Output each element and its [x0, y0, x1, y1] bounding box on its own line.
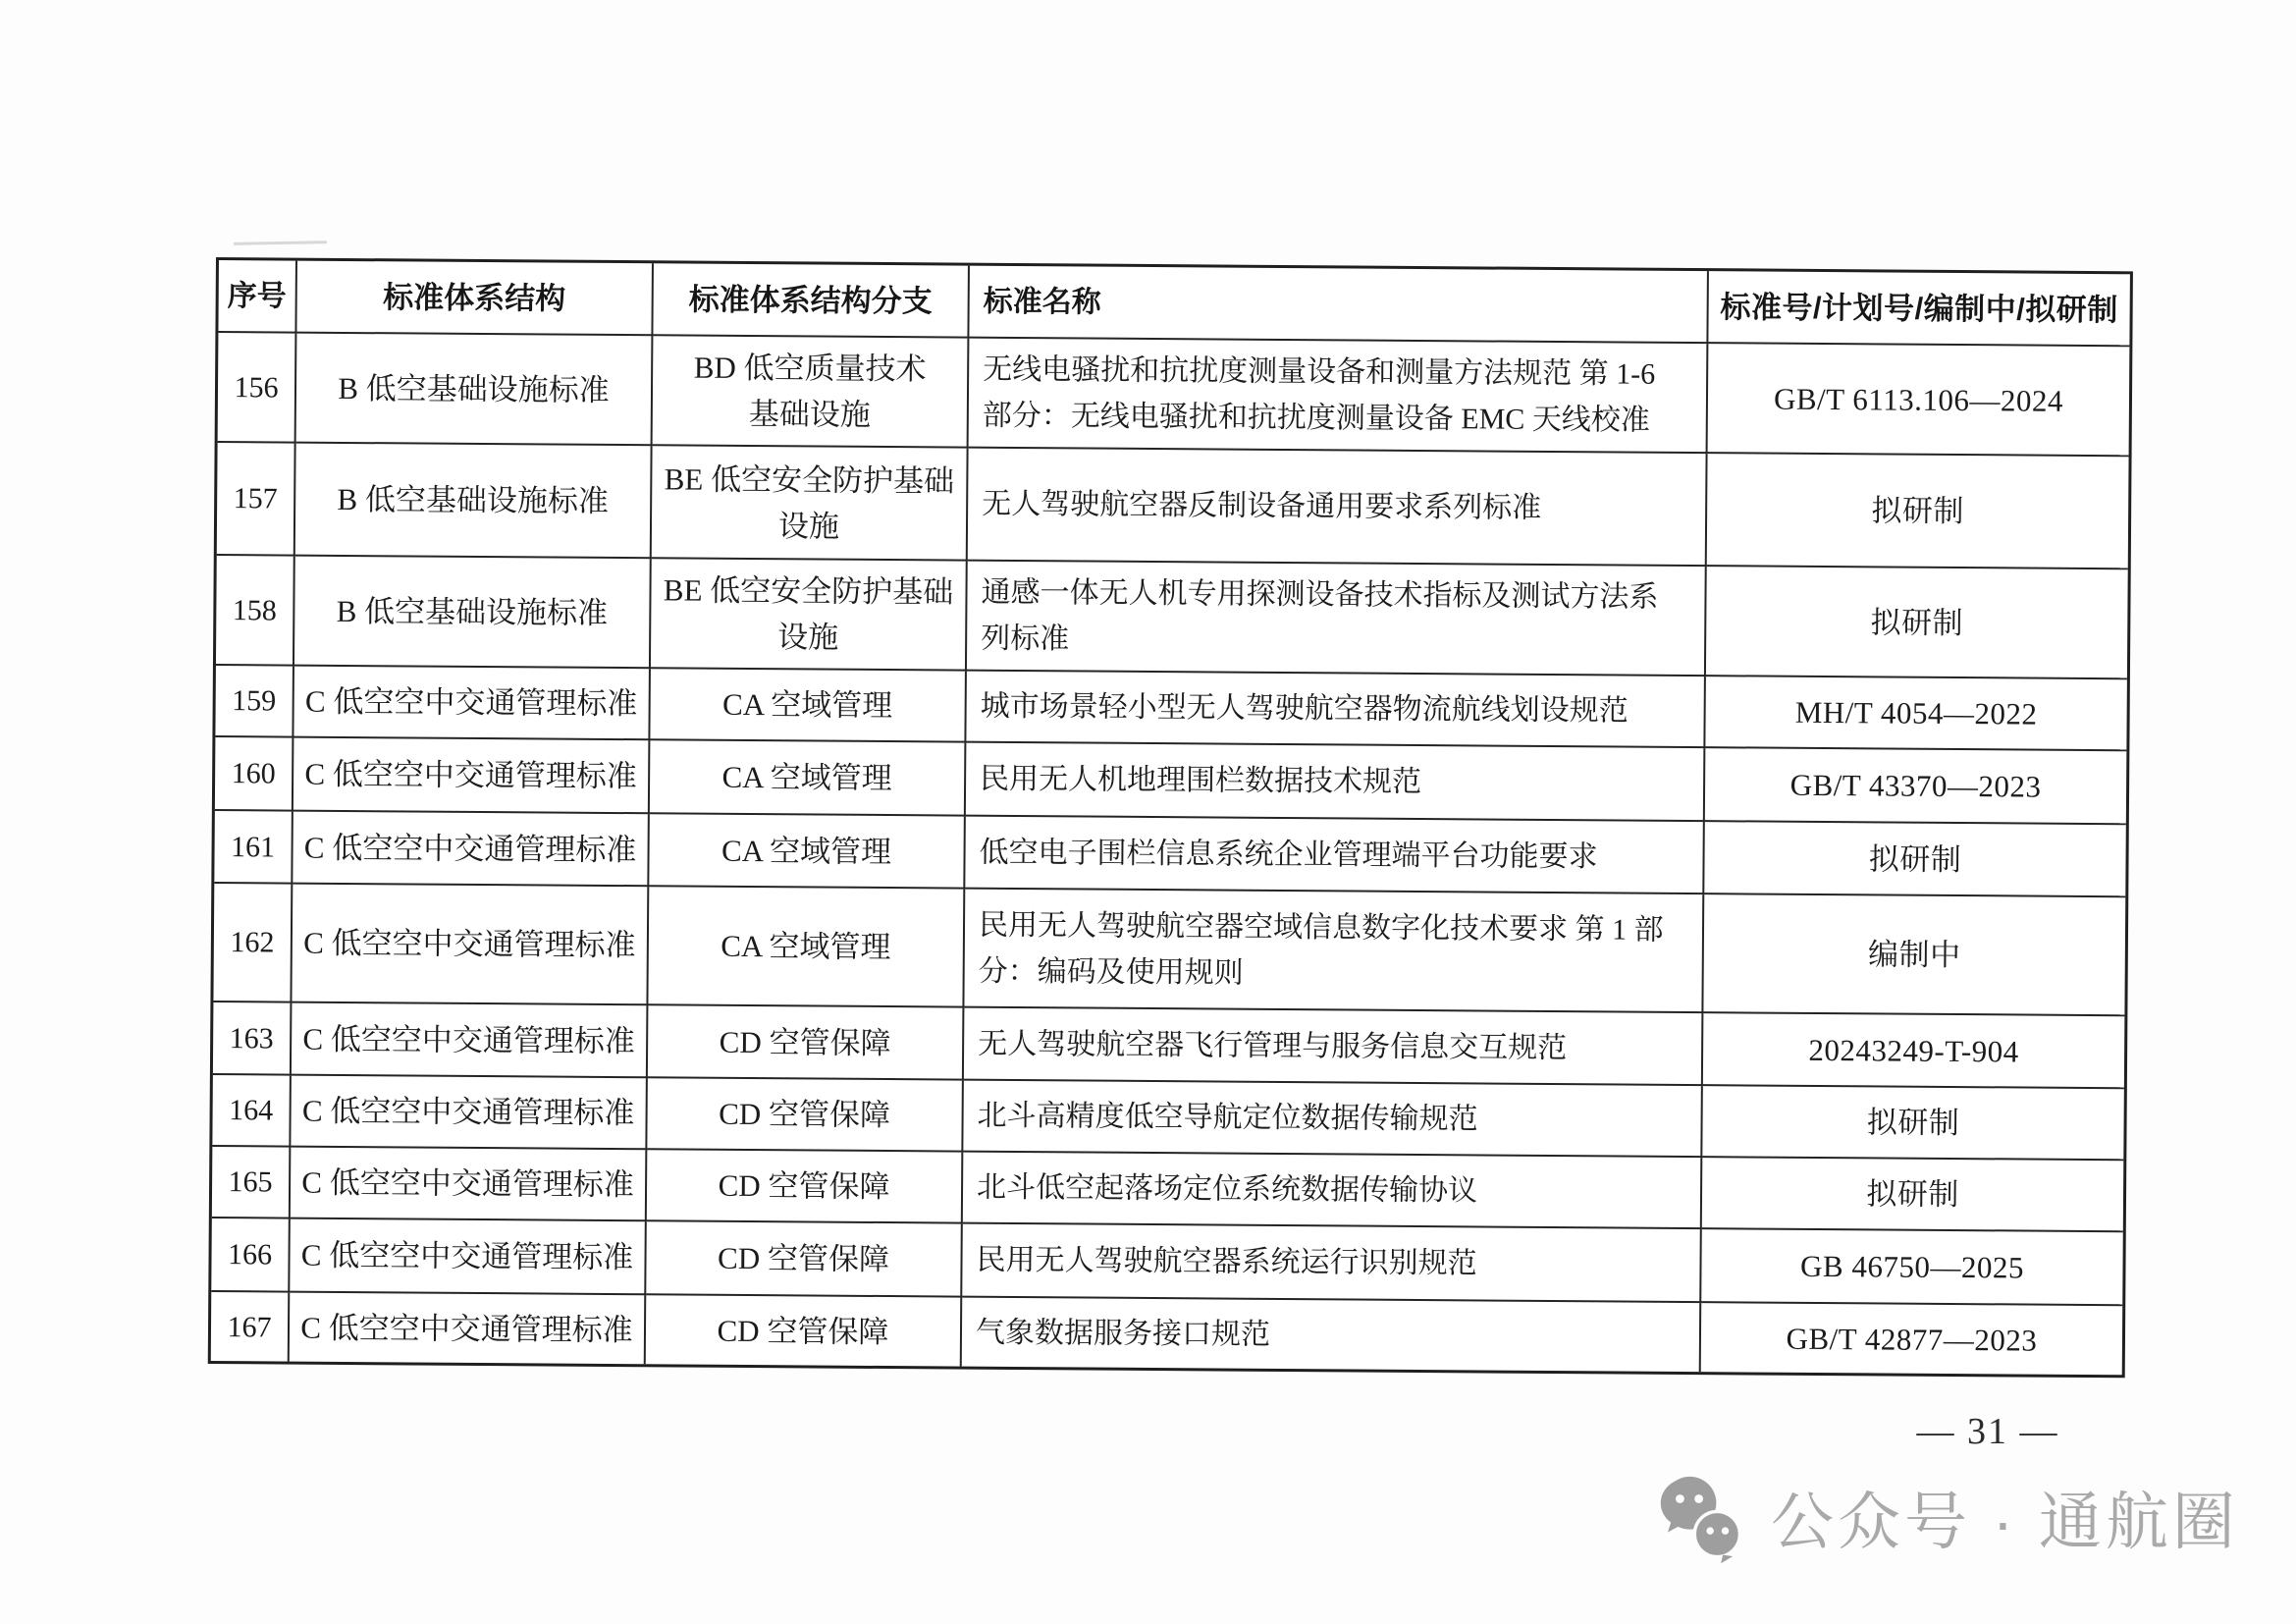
cell-branch: CD 空管保障: [648, 1005, 965, 1080]
cell-serial: 166: [211, 1218, 291, 1293]
cell-serial: 161: [214, 811, 294, 885]
cell-branch: BE 低空安全防护基础 设施: [651, 559, 968, 671]
scanned-document-page: 序号标准体系结构标准体系结构分支标准名称标准号/计划号/编制中/拟研制156B …: [0, 0, 2296, 1624]
cell-branch: CD 空管保障: [646, 1221, 963, 1297]
cell-branch: CD 空管保障: [647, 1078, 964, 1152]
wechat-icon: [1655, 1475, 1749, 1569]
cell-branch: BD 低空质量技术 基础设施: [653, 336, 970, 448]
cell-structure: C 低空空中交通管理标准: [292, 885, 649, 1006]
header-serial: 序号: [218, 260, 297, 334]
cell-structure: C 低空空中交通管理标准: [294, 667, 651, 741]
cell-code: 拟研制: [1702, 1158, 2124, 1232]
watermark: 公众号 · 通航圈: [1655, 1475, 2239, 1569]
standards-table-wrap: 序号标准体系结构标准体系结构分支标准名称标准号/计划号/编制中/拟研制156B …: [208, 257, 2133, 1378]
cell-name: 北斗低空起落场定位系统数据传输协议: [963, 1153, 1703, 1230]
cell-code: 拟研制: [1704, 822, 2126, 897]
cell-name: 北斗高精度低空导航定位数据传输规范: [963, 1081, 1703, 1159]
cell-code: MH/T 4054—2022: [1705, 677, 2127, 751]
cell-code: GB/T 43370—2023: [1705, 748, 2127, 825]
cell-code: 拟研制: [1702, 1086, 2124, 1161]
cell-name: 无人驾驶航空器飞行管理与服务信息交互规范: [964, 1008, 1704, 1087]
cell-name: 民用无人机地理围栏数据技术规范: [966, 743, 1706, 823]
cell-code: 20243249-T-904: [1703, 1013, 2125, 1089]
cell-serial: 165: [212, 1147, 292, 1219]
cell-code: GB/T 6113.106—2024: [1708, 344, 2130, 457]
cell-structure: C 低空空中交通管理标准: [293, 812, 650, 888]
cell-structure: C 低空空中交通管理标准: [290, 1293, 647, 1365]
cell-name: 无线电骚扰和抗扰度测量设备和测量方法规范 第 1-6 部分：无线电骚扰和抗扰度测…: [969, 339, 1709, 455]
cell-code: 拟研制: [1707, 454, 2129, 569]
cell-structure: B 低空基础设施标准: [294, 557, 652, 670]
cell-code: 编制中: [1703, 894, 2125, 1016]
cell-structure: B 低空基础设施标准: [295, 444, 653, 560]
cell-code: GB/T 42877—2023: [1701, 1303, 2123, 1375]
cell-branch: CA 空域管理: [648, 887, 965, 1007]
watermark-text: 公众号 · 通航圈: [1771, 1475, 2239, 1569]
header-name: 标准名称: [969, 266, 1709, 345]
cell-structure: B 低空基础设施标准: [296, 334, 654, 447]
header-code: 标准号/计划号/编制中/拟研制: [1708, 271, 2130, 347]
header-structure: 标准体系结构: [296, 261, 654, 337]
header-branch: 标准体系结构分支: [653, 263, 970, 338]
cell-serial: 157: [217, 443, 296, 557]
cell-structure: C 低空空中交通管理标准: [292, 1003, 649, 1079]
scan-artifact: [234, 241, 327, 245]
cell-name: 低空电子围栏信息系统企业管理端平台功能要求: [965, 817, 1705, 895]
page-number: — 31 —: [1895, 1410, 2081, 1453]
cell-code: GB 46750—2025: [1701, 1229, 2123, 1306]
cell-branch: CA 空域管理: [650, 669, 967, 742]
cell-structure: C 低空空中交通管理标准: [291, 1148, 648, 1222]
standards-table: 序号标准体系结构标准体系结构分支标准名称标准号/计划号/编制中/拟研制156B …: [208, 257, 2133, 1378]
cell-name: 通感一体无人机专用探测设备技术指标及测试方法系 列标准: [967, 562, 1707, 677]
cell-serial: 159: [215, 666, 294, 738]
cell-serial: 156: [218, 333, 297, 444]
cell-name: 气象数据服务接口规范: [962, 1298, 1701, 1373]
cell-branch: CA 空域管理: [650, 740, 967, 816]
cell-branch: BE 低空安全防护基础 设施: [652, 446, 969, 561]
cell-name: 无人驾驶航空器反制设备通用要求系列标准: [968, 449, 1708, 568]
cell-branch: CD 空管保障: [647, 1150, 964, 1223]
cell-structure: C 低空空中交通管理标准: [290, 1219, 647, 1296]
cell-branch: CA 空域管理: [649, 814, 966, 889]
cell-structure: C 低空空中交通管理标准: [294, 738, 651, 815]
cell-name: 民用无人驾驶航空器空域信息数字化技术要求 第 1 部 分：编码及使用规则: [964, 890, 1704, 1014]
cell-name: 城市场景轻小型无人驾驶航空器物流航线划设规范: [966, 672, 1706, 749]
cell-branch: CD 空管保障: [646, 1295, 963, 1366]
cell-code: 拟研制: [1706, 567, 2128, 679]
cell-structure: C 低空空中交通管理标准: [291, 1076, 648, 1151]
cell-serial: 163: [213, 1002, 293, 1076]
cell-serial: 167: [211, 1292, 291, 1362]
cell-serial: 158: [216, 556, 295, 667]
cell-serial: 160: [215, 737, 294, 812]
cell-serial: 162: [213, 884, 293, 1003]
cell-name: 民用无人驾驶航空器系统运行识别规范: [962, 1224, 1702, 1304]
cell-serial: 164: [212, 1075, 292, 1148]
